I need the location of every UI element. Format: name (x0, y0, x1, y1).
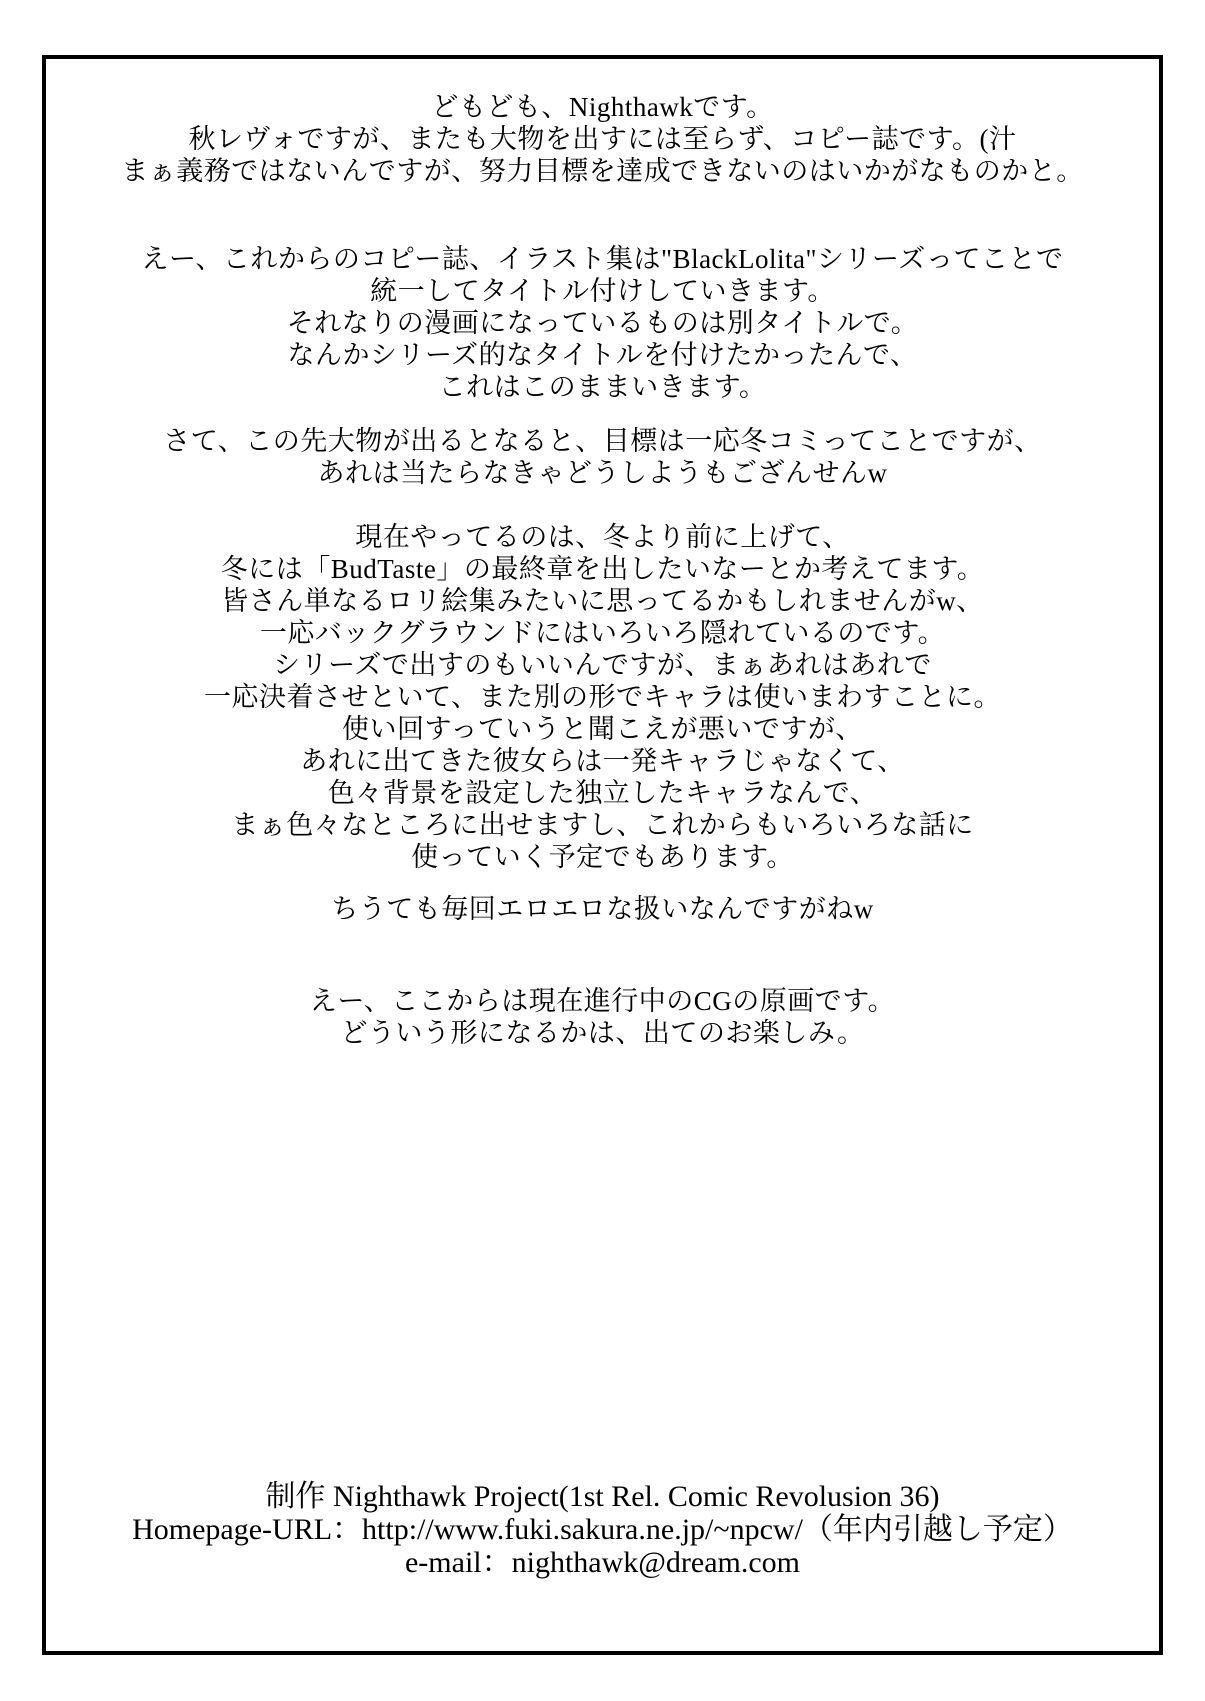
text-line: どもども、Nighthawkです。 (46, 91, 1159, 123)
text-line: 使い回すっていうと聞こえが悪いですが、 (46, 713, 1159, 745)
text-line: あれは当たらなきゃどうしようもござんせんw (46, 457, 1159, 489)
page-border-frame: どもども、Nighthawkです。 秋レヴォですが、またも大物を出すには至らず、… (42, 55, 1163, 1655)
text-line: ちうても毎回エロエロな扱いなんですがねw (46, 893, 1159, 925)
text-line: シリーズで出すのもいいんですが、まぁあれはあれで (46, 649, 1159, 681)
text-line: どういう形になるかは、出てのお楽しみ。 (46, 1017, 1159, 1049)
paragraph-budtaste-plans: 現在やってるのは、冬より前に上げて、 冬には「BudTaste」の最終章を出した… (46, 521, 1159, 873)
text-line: 一応決着させといて、また別の形でキャラは使いまわすことに。 (46, 681, 1159, 713)
text-line: 皆さん単なるロリ絵集みたいに思ってるかもしれませんがw、 (46, 585, 1159, 617)
paragraph-series-naming: えー、これからのコピー誌、イラスト集は"BlackLolita"シリーズってこと… (46, 243, 1159, 403)
colophon-email-line: e-mail：nighthawk@dream.com (46, 1546, 1159, 1579)
text-line: さて、この先大物が出るとなると、目標は一応冬コミってことですが、 (46, 425, 1159, 457)
text-line: えー、これからのコピー誌、イラスト集は"BlackLolita"シリーズってこと… (46, 243, 1159, 275)
colophon-homepage-url-line: Homepage-URL：http://www.fuki.sakura.ne.j… (46, 1513, 1159, 1546)
text-line: まぁ義務ではないんですが、努力目標を達成できないのはいかがなものかと。 (46, 155, 1159, 187)
text-line: えー、ここからは現在進行中のCGの原画です。 (46, 985, 1159, 1017)
colophon-credit-line: 制作 Nighthawk Project(1st Rel. Comic Revo… (46, 1480, 1159, 1513)
text-line: これはこのままいきます。 (46, 371, 1159, 403)
paragraph-cg-preview-intro: えー、ここからは現在進行中のCGの原画です。 どういう形になるかは、出てのお楽し… (46, 985, 1159, 1049)
afterword-text: どもども、Nighthawkです。 秋レヴォですが、またも大物を出すには至らず、… (46, 59, 1159, 1049)
text-line: 秋レヴォですが、またも大物を出すには至らず、コピー誌です。(汁 (46, 123, 1159, 155)
text-line: 統一してタイトル付けしていきます。 (46, 275, 1159, 307)
text-line: まぁ色々なところに出せますし、これからもいろいろな話に (46, 809, 1159, 841)
text-line: 使っていく予定でもあります。 (46, 841, 1159, 873)
text-line: 現在やってるのは、冬より前に上げて、 (46, 521, 1159, 553)
text-line: なんかシリーズ的なタイトルを付けたかったんで、 (46, 339, 1159, 371)
colophon: 制作 Nighthawk Project(1st Rel. Comic Revo… (46, 1480, 1159, 1579)
text-line: あれに出てきた彼女らは一発キャラじゃなくて、 (46, 745, 1159, 777)
paragraph-ero-comment: ちうても毎回エロエロな扱いなんですがねw (46, 893, 1159, 925)
text-line: 色々背景を設定した独立したキャラなんで、 (46, 777, 1159, 809)
text-line: 一応バックグラウンドにはいろいろ隠れているのです。 (46, 617, 1159, 649)
text-line: それなりの漫画になっているものは別タイトルで。 (46, 307, 1159, 339)
text-line: 冬には「BudTaste」の最終章を出したいなーとか考えてます。 (46, 553, 1159, 585)
paragraph-winter-comiket: さて、この先大物が出るとなると、目標は一応冬コミってことですが、 あれは当たらな… (46, 425, 1159, 489)
paragraph-greeting: どもども、Nighthawkです。 秋レヴォですが、またも大物を出すには至らず、… (46, 91, 1159, 187)
